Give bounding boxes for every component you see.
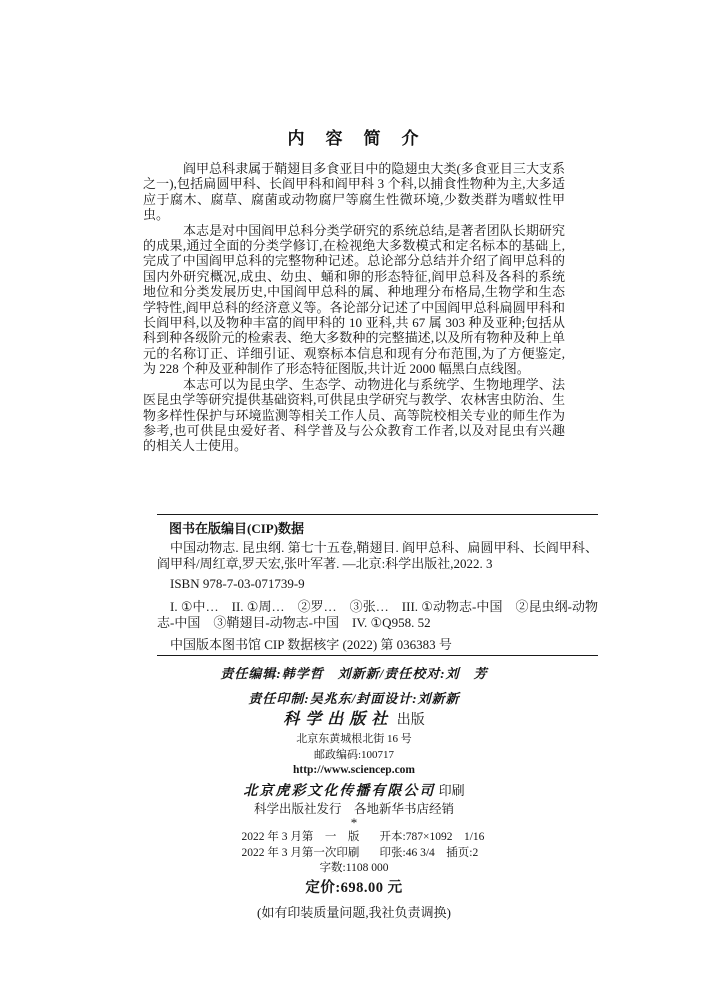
edition-date: 2022 年 3 月第 一 版 xyxy=(242,830,380,846)
cip-record-number: 中国版本图书馆 CIP 数据核字 (2022) 第 036383 号 xyxy=(157,637,598,653)
cip-heading: 图书在版编目(CIP)数据 xyxy=(157,521,598,537)
quality-exchange-note: (如有印装质量问题,我社负责调换) xyxy=(143,905,565,921)
page-title: 内 容 简 介 xyxy=(143,129,565,149)
publisher-address: 北京东黄城根北街 16 号 xyxy=(143,733,565,746)
cip-data-box: 图书在版编目(CIP)数据 中国动物志. 昆虫纲. 第七十五卷,鞘翅目. 阎甲总… xyxy=(157,514,598,656)
summary-paragraphs: 阎甲总科隶属于鞘翅目多食亚目中的隐翅虫大类(多食亚目三大支系之一),包括扁圆甲科… xyxy=(143,161,565,454)
printing-company-name: 北京虎彩文化传播有限公司 xyxy=(243,784,435,799)
summary-paragraph-3: 本志可以为昆虫学、生态学、动物进化与系统学、生物地理学、法医昆虫学等研究提供基础… xyxy=(143,377,565,454)
price: 定价:698.00 元 xyxy=(143,879,565,898)
word-count: 字数:1108 000 xyxy=(143,861,565,875)
publisher-suffix: 出版 xyxy=(393,713,425,728)
summary-paragraph-1: 阎甲总科隶属于鞘翅目多食亚目中的隐翅虫大类(多食亚目三大支系之一),包括扁圆甲科… xyxy=(143,161,565,223)
cip-catalog-entry: 中国动物志. 昆虫纲. 第七十五卷,鞘翅目. 阎甲总科、扁圆甲科、长阎甲科、阎甲… xyxy=(157,540,598,572)
responsible-editors-line: 责任编辑:韩学哲 刘新新/责任校对:刘 芳 xyxy=(143,666,565,681)
publisher-line: 科学出版社 出版 xyxy=(143,711,565,730)
edition-row: 2022 年 3 月第 一 版 开本:787×1092 1/16 xyxy=(242,830,485,846)
publisher-website-url: http://www.sciencep.com xyxy=(143,764,565,777)
colophon: 责任编辑:韩学哲 刘新新/责任校对:刘 芳 责任印制:吴兆东/封面设计:刘新新 … xyxy=(143,666,565,921)
print-design-credits-line: 责任印制:吴兆东/封面设计:刘新新 xyxy=(143,691,565,706)
print-run-date: 2022 年 3 月第一次印刷 xyxy=(242,846,380,862)
sheet-count: 印张:46 3/4 插页:2 xyxy=(380,846,479,862)
science-press-logo: 科学出版社 xyxy=(283,711,393,728)
summary-paragraph-2: 本志是对中国阎甲总科分类学研究的系统总结,是著者团队长期研究的成果,通过全面的分… xyxy=(143,223,565,377)
book-copyright-page: 内 容 简 介 阎甲总科隶属于鞘翅目多食亚目中的隐翅虫大类(多食亚目三大支系之一… xyxy=(0,0,720,1000)
postal-code: 邮政编码:100717 xyxy=(143,749,565,762)
format-size: 开本:787×1092 1/16 xyxy=(380,830,485,846)
print-run-row: 2022 年 3 月第一次印刷 印张:46 3/4 插页:2 xyxy=(242,846,485,862)
cip-classification: I. ①中… II. ①周… ②罗… ③张… III. ①动物志-中国 ②昆虫纲… xyxy=(157,599,598,631)
content-summary-section: 内 容 简 介 阎甲总科隶属于鞘翅目多食亚目中的隐翅虫大类(多食亚目三大支系之一… xyxy=(143,0,565,454)
printer-suffix: 印刷 xyxy=(435,783,464,798)
asterisk-separator: * xyxy=(143,818,565,828)
isbn-number: ISBN 978-7-03-071739-9 xyxy=(157,576,598,592)
printer-line: 北京虎彩文化传播有限公司 印刷 xyxy=(143,782,565,800)
edition-info-block: 2022 年 3 月第 一 版 开本:787×1092 1/16 2022 年 … xyxy=(242,830,485,861)
